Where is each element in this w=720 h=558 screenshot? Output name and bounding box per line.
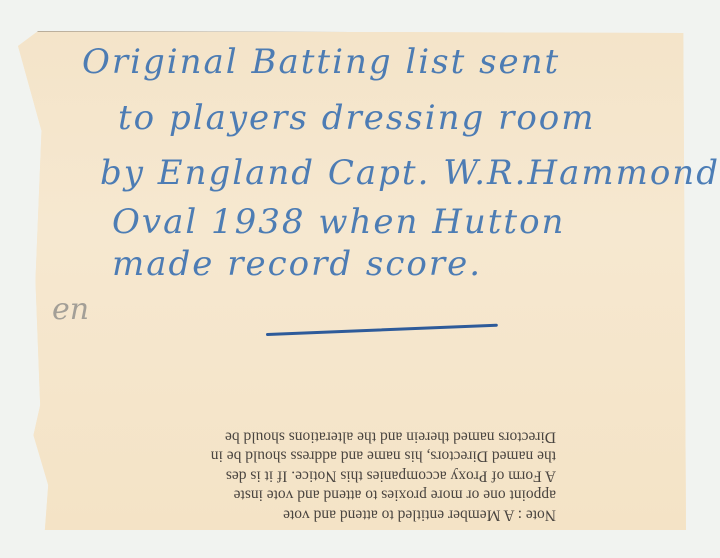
printed-line-3: A Form of Proxy accompanies this Notice.…	[66, 466, 556, 486]
handwritten-line-4: Oval 1938 when Hutton	[112, 202, 565, 242]
printed-line-5: Directors named therein and the alterati…	[66, 427, 556, 447]
handwritten-line-3: by England Capt. W.R.Hammond.	[100, 153, 720, 193]
handwritten-line-1: Original Batting list sent	[82, 42, 560, 82]
pencil-mark: en	[52, 292, 89, 327]
handwritten-line-2: to players dressing room	[118, 98, 596, 138]
printed-line-1: Note : A Member entitled to attend and v…	[66, 505, 556, 525]
printed-notice-upside-down: Note : A Member entitled to attend and v…	[66, 427, 556, 525]
printed-line-4: the named Directors, his name and addres…	[66, 447, 556, 467]
printed-line-2: appoint one or more proxies to attend an…	[66, 486, 556, 506]
handwritten-line-5: made record score.	[112, 244, 482, 284]
